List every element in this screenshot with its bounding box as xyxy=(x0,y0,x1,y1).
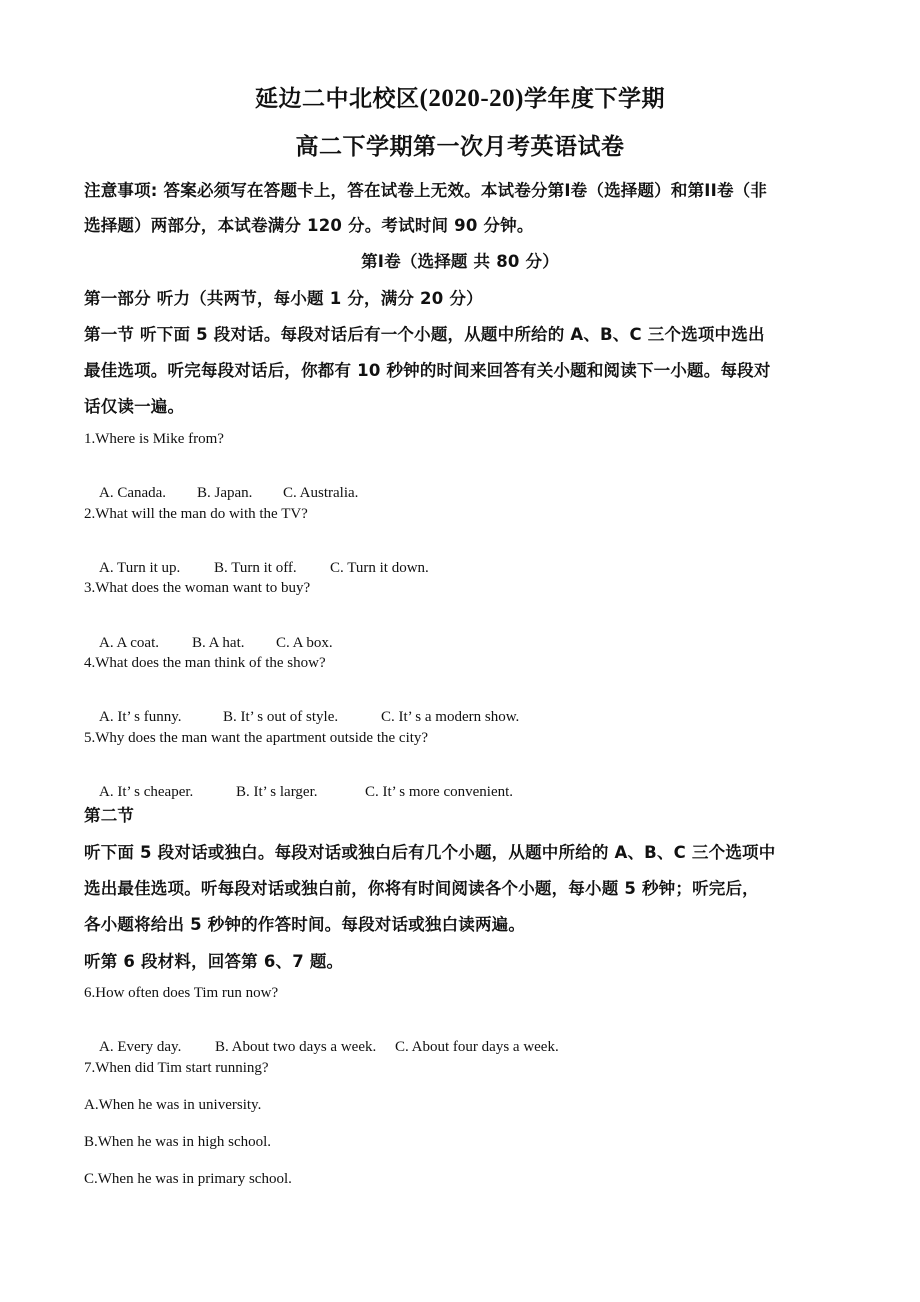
question-7-option-b: B.When he was in high school. xyxy=(84,1134,271,1151)
question-1: 1.Where is Mike from? xyxy=(84,431,224,448)
exam-title-line2: 高二下学期第一次月考英语试卷 xyxy=(0,128,920,161)
section1-instructions-line-2: 最佳选项。听完每段对话后，你都有 10 秒钟的时间来回答有关小题和阅读下一小题。… xyxy=(84,357,771,381)
part-heading: 第一部分 听力（共两节，每小题 1 分，满分 20 分） xyxy=(84,285,483,309)
question-4-option-c: C. It’ s a modern show. xyxy=(381,709,519,726)
exam-page: 延边二中北校区(2020-20)学年度下学期 高二下学期第一次月考英语试卷 注意… xyxy=(0,0,920,1302)
question-7-option-c: C.When he was in primary school. xyxy=(84,1171,292,1188)
question-2-option-b: B. Turn it off. xyxy=(214,560,330,577)
question-7: 7.When did Tim start running? xyxy=(84,1060,269,1077)
question-7-option-a: A.When he was in university. xyxy=(84,1097,261,1114)
question-3-option-b: B. A hat. xyxy=(192,635,276,652)
question-6-option-b: B. About two days a week. xyxy=(215,1039,395,1056)
volume-heading: 第I卷（选择题 共 80 分） xyxy=(0,248,920,272)
question-4-option-b: B. It’ s out of style. xyxy=(223,709,381,726)
question-5-option-c: C. It’ s more convenient. xyxy=(365,784,513,801)
title-school: 延边二中北校区 xyxy=(255,86,420,112)
question-2-option-c: C. Turn it down. xyxy=(330,560,429,577)
section1-instructions-line-3: 话仅读一遍。 xyxy=(84,393,184,417)
section2-instructions-line-1: 听下面 5 段对话或独白。每段对话或独白后有几个小题，从题中所给的 A、B、C … xyxy=(84,839,775,863)
notice-line-1: 注意事项: 答案必须写在答题卡上，答在试卷上无效。本试卷分第I卷（选择题）和第I… xyxy=(84,177,767,201)
material-6-heading: 听第 6 段材料，回答第 6、7 题。 xyxy=(84,948,343,972)
question-5-option-a: A. It’ s cheaper. xyxy=(99,784,236,801)
section2-instructions-line-3: 各小题将给出 5 秒钟的作答时间。每段对话或独白读两遍。 xyxy=(84,911,525,935)
question-6-option-a: A. Every day. xyxy=(99,1039,215,1056)
question-1-option-b: B. Japan. xyxy=(197,485,283,502)
question-3-option-c: C. A box. xyxy=(276,635,333,652)
question-6-option-c: C. About four days a week. xyxy=(395,1039,559,1056)
question-1-option-a: A. Canada. xyxy=(99,485,197,502)
question-5-option-b: B. It’ s larger. xyxy=(236,784,365,801)
exam-title-line1: 延边二中北校区(2020-20)学年度下学期 xyxy=(0,80,920,113)
question-5: 5.Why does the man want the apartment ou… xyxy=(84,730,428,747)
section1-instructions-line-1: 第一节 听下面 5 段对话。每段对话后有一个小题，从题中所给的 A、B、C 三个… xyxy=(84,321,765,345)
question-3-option-a: A. A coat. xyxy=(99,635,192,652)
notice-line-2: 选择题）两部分，本试卷满分 120 分。考试时间 90 分钟。 xyxy=(84,212,534,236)
question-2: 2.What will the man do with the TV? xyxy=(84,506,308,523)
section2-instructions-line-2: 选出最佳选项。听每段对话或独白前，你将有时间阅读各个小题，每小题 5 秒钟；听完… xyxy=(84,875,759,899)
question-3: 3.What does the woman want to buy? xyxy=(84,580,310,597)
question-4-option-a: A. It’ s funny. xyxy=(99,709,223,726)
question-6: 6.How often does Tim run now? xyxy=(84,985,278,1002)
question-5-options: A. It’ s cheaper.B. It’ s larger.C. It’ … xyxy=(84,767,513,818)
question-1-option-c: C. Australia. xyxy=(283,485,358,502)
title-term: 学年度下学期 xyxy=(524,86,665,112)
question-2-option-a: A. Turn it up. xyxy=(99,560,214,577)
section2-heading: 第二节 xyxy=(84,802,134,826)
title-year: (2020-20) xyxy=(420,85,524,112)
question-4: 4.What does the man think of the show? xyxy=(84,655,326,672)
